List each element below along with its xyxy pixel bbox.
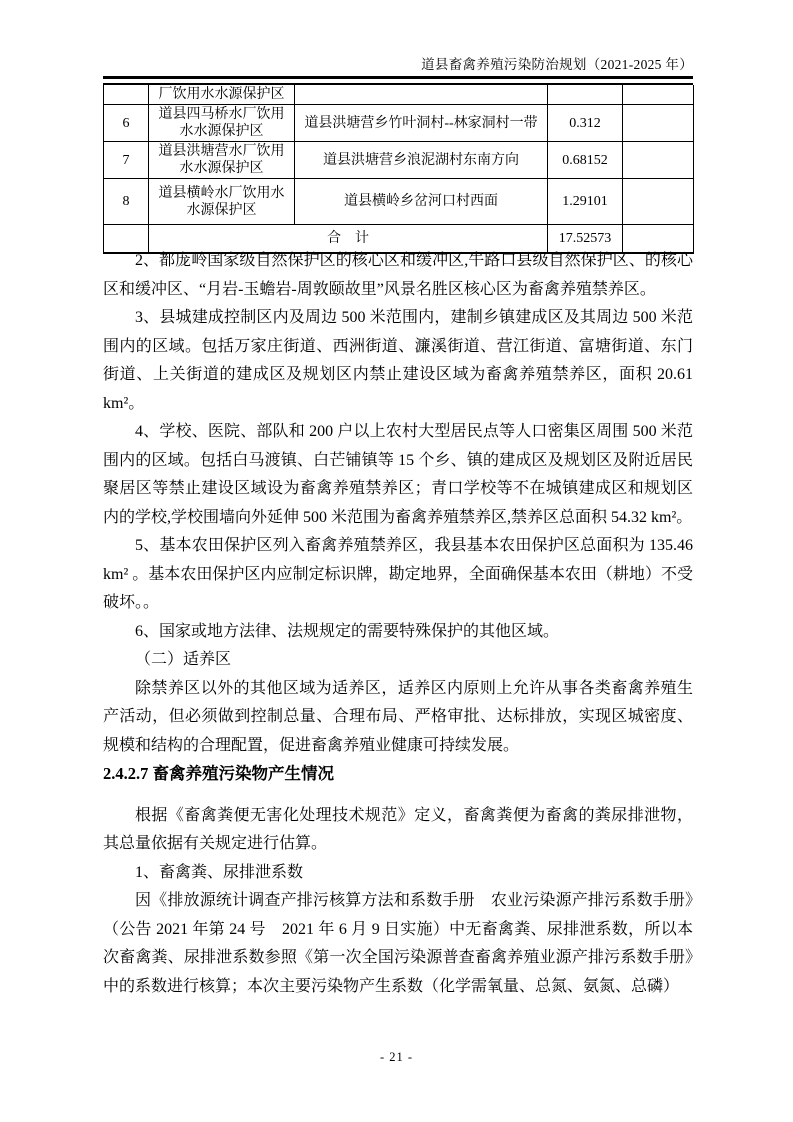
- table-row-8: 8 道县横岭水厂饮用水水源保护区 道县横岭乡岔河口村西面 1.29101: [104, 179, 694, 225]
- paragraph-item-6: 6、国家或地方法律、法规规定的需要特殊保护的其他区域。: [103, 618, 693, 647]
- zone-name-cell: 道县横岭水厂饮用水水源保护区: [149, 179, 295, 225]
- subheading-shiyang-zone: （二）适养区: [103, 646, 693, 675]
- zone-area-cell: 0.312: [548, 105, 623, 142]
- zone-note-cell: [623, 85, 694, 105]
- zone-name-cell: 厂饮用水水源保护区: [149, 85, 295, 105]
- page-header-title: 道县畜禽养殖污染防治规划（2021-2025 年）: [421, 53, 693, 73]
- zone-note-cell: [623, 105, 694, 142]
- zone-location-cell: 道县横岭乡岔河口村西面: [295, 179, 548, 225]
- zone-location-cell: [295, 85, 548, 105]
- paragraph-item-4: 4、学校、医院、部队和 200 户以上农村大型居民点等人口密集区周围 500 米…: [103, 418, 693, 532]
- zone-note-cell: [623, 179, 694, 225]
- zone-area-cell: 0.68152: [548, 142, 623, 179]
- paragraph-shiyang-zone: 除禁养区以外的其他区域为适养区，适养区内原则上允许从事各类畜禽养殖生产活动，但必…: [103, 675, 693, 761]
- document-body: 2、都庞岭国家级自然保护区的核心区和缓冲区,牛路口县级自然保护区、的核心区和缓冲…: [103, 247, 693, 1001]
- row-number-cell: 6: [104, 105, 149, 142]
- paragraph-item-5: 5、基本农田保护区列入畜禽养殖禁养区，我县基本农田保护区总面积为 135.46 …: [103, 532, 693, 618]
- zone-location-cell: 道县洪塘营乡浪泥湖村东南方向: [295, 142, 548, 179]
- row-number-cell: 8: [104, 179, 149, 225]
- paragraph-genju: 根据《畜禽粪便无害化处理技术规范》定义，畜禽粪便为畜禽的粪尿排泄物，其总量依据有…: [103, 802, 693, 859]
- paragraph-item-1-coeff: 1、畜禽粪、尿排泄系数: [103, 859, 693, 888]
- water-source-protection-table: 厂饮用水水源保护区 6 道县四马桥水厂饮用水水源保护区 道县洪塘营乡竹叶洞村--…: [103, 85, 694, 254]
- zone-note-cell: [623, 142, 694, 179]
- header-double-rule: [103, 76, 693, 85]
- row-number-cell: [104, 85, 149, 105]
- page-number: - 21 -: [0, 1050, 793, 1065]
- document-page: 道县畜禽养殖污染防治规划（2021-2025 年） 厂饮用水水源保护区 6 道县…: [0, 0, 793, 1122]
- section-heading-2-4-2-7: 2.4.2.7 畜禽养殖污染物产生情况: [103, 760, 693, 789]
- paragraph-item-2: 2、都庞岭国家级自然保护区的核心区和缓冲区,牛路口县级自然保护区、的核心区和缓冲…: [103, 247, 693, 304]
- table-row-7: 7 道县洪塘营水厂饮用水水源保护区 道县洪塘营乡浪泥湖村东南方向 0.68152: [104, 142, 694, 179]
- zone-name-cell: 道县四马桥水厂饮用水水源保护区: [149, 105, 295, 142]
- table-row-6: 6 道县四马桥水厂饮用水水源保护区 道县洪塘营乡竹叶洞村--林家洞村一带 0.3…: [104, 105, 694, 142]
- zone-location-cell: 道县洪塘营乡竹叶洞村--林家洞村一带: [295, 105, 548, 142]
- row-number-cell: 7: [104, 142, 149, 179]
- paragraph-yin-manual: 因《排放源统计调查产排污核算方法和系数手册 农业污染源产排污系数手册》（公告 2…: [103, 887, 693, 1001]
- paragraph-item-3: 3、县城建成控制区内及周边 500 米范围内，建制乡镇建成区及其周边 500 米…: [103, 304, 693, 418]
- zone-name-cell: 道县洪塘营水厂饮用水水源保护区: [149, 142, 295, 179]
- zone-area-cell: 1.29101: [548, 179, 623, 225]
- zone-area-cell: [548, 85, 623, 105]
- table-row-continuation: 厂饮用水水源保护区: [104, 85, 694, 105]
